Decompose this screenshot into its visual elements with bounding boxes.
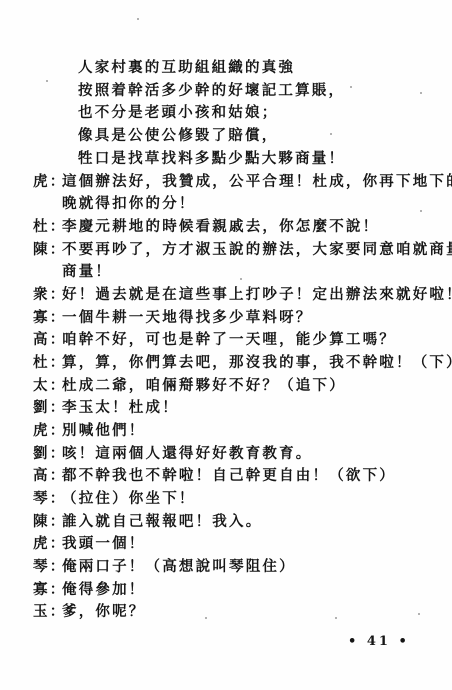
speaker-label: 虎： (33, 421, 63, 441)
speaker-label: 陳： (33, 240, 63, 260)
speaker-label: 陳： (33, 512, 63, 532)
scan-speck (335, 617, 337, 619)
dialogue-text: 咱幹不好，可也是幹了一天哩，能少算工嗎？ (62, 330, 396, 350)
scan-speck (420, 92, 422, 94)
dialogue-text: 咳！這兩個人還得好好教育教育。 (62, 444, 313, 464)
speaker-label: 太： (33, 376, 63, 396)
scan-speck (418, 613, 420, 615)
speaker-label: 杜： (33, 217, 63, 237)
dialogue-line: 劉： 咳！這兩個人還得好好教育教育。 (0, 444, 452, 464)
verse-line: 牲口是找草找料多點少點大夥商量！ (78, 149, 345, 169)
scanned-page: 人家村裏的互助組組織的真強 按照着幹活多少幹的好壞記工算賬， 也不分是老頭小孩和… (0, 0, 452, 690)
dialogue-continuation: 晚就得扣你的分！ (62, 194, 196, 214)
dialogue-text: 不要再吵了，方才淑玉說的辦法，大家要同意咱就商量 (62, 240, 452, 260)
dialogue-line: 高： 都不幹我也不幹啦！自己幹更自由！（欲下） (0, 466, 452, 486)
dialogue-text: 我頭一個！ (62, 534, 146, 554)
dialogue-text: 誰入就自己報報吧！我入。 (62, 512, 262, 532)
dialogue-line: 杜： 算，算，你們算去吧，那沒我的事，我不幹啦！（下） (0, 353, 452, 373)
speaker-label: 高： (33, 330, 63, 350)
dialogue-line: 玉： 爹，你呢？ (0, 602, 452, 622)
speaker-label: 琴： (33, 557, 63, 577)
dialogue-line: 寡： 一個牛耕一天地得找多少草料呀？ (0, 308, 452, 328)
page-number: • 41 • (348, 632, 410, 652)
dialogue-text: 算，算，你們算去吧，那沒我的事，我不幹啦！（下） (62, 353, 452, 373)
dialogue-line: 高： 咱幹不好，可也是幹了一天哩，能少算工嗎？ (0, 330, 452, 350)
dialogue-text: 一個牛耕一天地得找多少草料呀？ (62, 308, 313, 328)
dialogue-line: 琴： 俺兩口子！（高想說叫琴阻住） (0, 557, 452, 577)
speaker-label: 虎： (33, 534, 63, 554)
dialogue-continuation: 商量！ (62, 262, 112, 282)
speaker-label: 高： (33, 466, 63, 486)
speaker-label: 寡： (33, 308, 63, 328)
dialogue-line: 劉： 李玉太！杜成！ (0, 398, 452, 418)
verse-line: 人家村裏的互助組組織的真強 (78, 58, 295, 78)
dialogue-text: 俺得參加！ (62, 580, 146, 600)
scan-speck (420, 210, 422, 212)
dialogue-line: 虎： 這個辦法好，我贊成，公平合理！杜成，你再下地下的 (0, 172, 452, 192)
dialogue-line: 衆： 好！過去就是在這些事上打吵子！定出辦法來就好啦！ (0, 285, 452, 305)
dialogue-text: 這個辦法好，我贊成，公平合理！杜成，你再下地下的 (62, 172, 452, 192)
scan-speck (46, 80, 48, 82)
speaker-label: 琴： (33, 489, 63, 509)
dialogue-text: 李玉太！杜成！ (62, 398, 179, 418)
scan-speck (350, 86, 352, 88)
dialogue-text: （拉住）你坐下！ (62, 489, 196, 509)
speaker-label: 虎： (33, 172, 63, 192)
verse-line: 按照着幹活多少幹的好壞記工算賬， (78, 81, 345, 101)
dialogue-text: 別喊他們！ (62, 421, 146, 441)
dialogue-text: 俺兩口子！（高想說叫琴阻住） (62, 557, 296, 577)
speaker-label: 玉： (33, 602, 63, 622)
speaker-label: 劉： (33, 444, 63, 464)
dialogue-text: 好！過去就是在這些事上打吵子！定出辦法來就好啦！ (62, 285, 452, 305)
scan-speck (240, 278, 242, 280)
dialogue-line: 陳： 誰入就自己報報吧！我入。 (0, 512, 452, 532)
speaker-label: 劉： (33, 398, 63, 418)
scan-speck (330, 133, 332, 135)
dialogue-line: 太： 杜成二爺，咱倆搿夥好不好？（追下） (0, 376, 452, 396)
dialogue-text: 爹，你呢？ (62, 602, 146, 622)
speaker-label: 杜： (33, 353, 63, 373)
dialogue-line: 陳： 不要再吵了，方才淑玉說的辦法，大家要同意咱就商量 (0, 240, 452, 260)
verse-line: 也不分是老頭小孩和姑娘； (78, 103, 278, 123)
dialogue-line: 虎： 我頭一個！ (0, 534, 452, 554)
speaker-label: 寡： (33, 580, 63, 600)
speaker-label: 衆： (33, 285, 63, 305)
dialogue-text: 杜成二爺，咱倆搿夥好不好？（追下） (62, 376, 346, 396)
dialogue-line: 杜： 李慶元耕地的時候看親戚去，你怎麼不說！ (0, 217, 452, 237)
dialogue-text: 都不幹我也不幹啦！自己幹更自由！（欲下） (62, 466, 396, 486)
dialogue-text: 李慶元耕地的時候看親戚去，你怎麼不說！ (62, 217, 379, 237)
dialogue-line: 寡： 俺得參加！ (0, 580, 452, 600)
scan-speck (137, 18, 139, 20)
dialogue-line: 琴： （拉住）你坐下！ (0, 489, 452, 509)
dialogue-line: 虎： 別喊他們！ (0, 421, 452, 441)
verse-line: 像具是公使公修毀了賠償， (78, 126, 278, 146)
scan-speck (205, 617, 207, 619)
